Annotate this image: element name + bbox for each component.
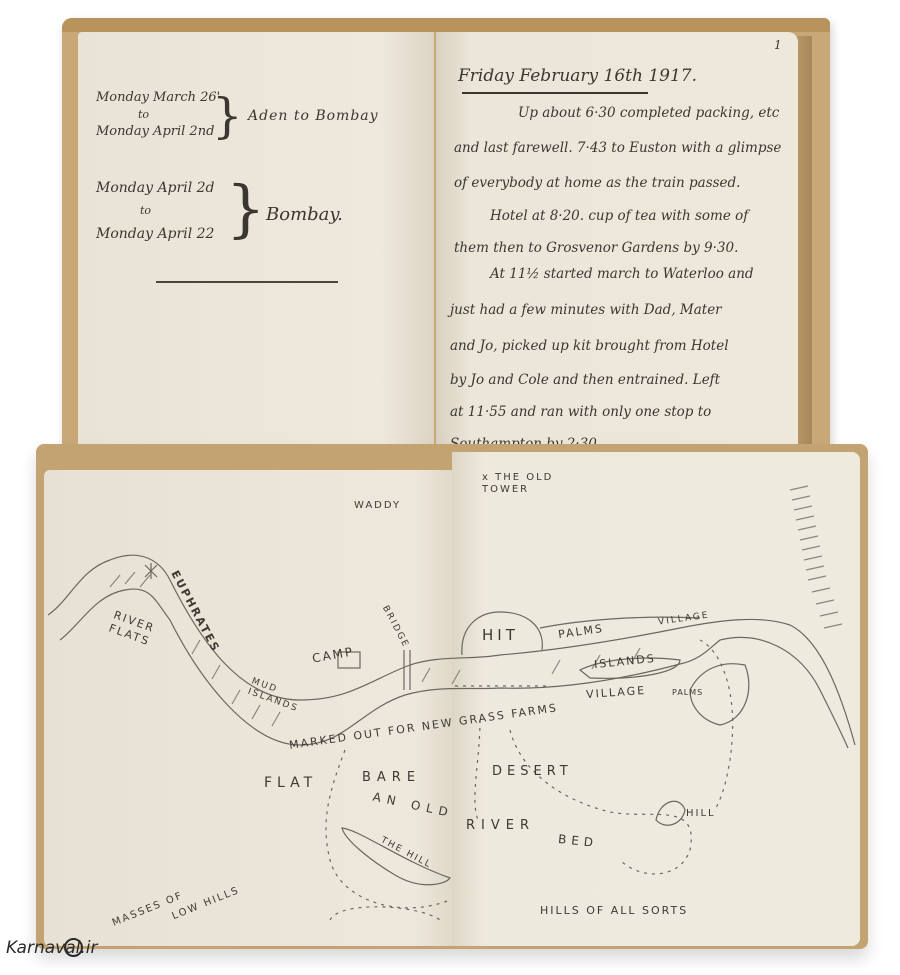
label-waddy: WADDY (354, 500, 401, 511)
globe-icon (64, 938, 83, 957)
label-old-tower: x THE OLD TOWER (482, 472, 572, 496)
label-hill: HILL (686, 808, 716, 819)
watermark: Karnaval.ir (6, 938, 97, 958)
label-bare: BARE (362, 770, 421, 785)
label-hills-all-sorts: HILLS OF ALL SORTS (540, 904, 688, 917)
label-desert: DESERT (492, 764, 573, 779)
euphrates-map-sketch (0, 0, 900, 975)
label-hit: HIT (482, 626, 519, 644)
label-palms-right: PALMS (672, 688, 703, 697)
label-flat: FLAT (264, 775, 317, 791)
label-river: RIVER (466, 818, 535, 833)
